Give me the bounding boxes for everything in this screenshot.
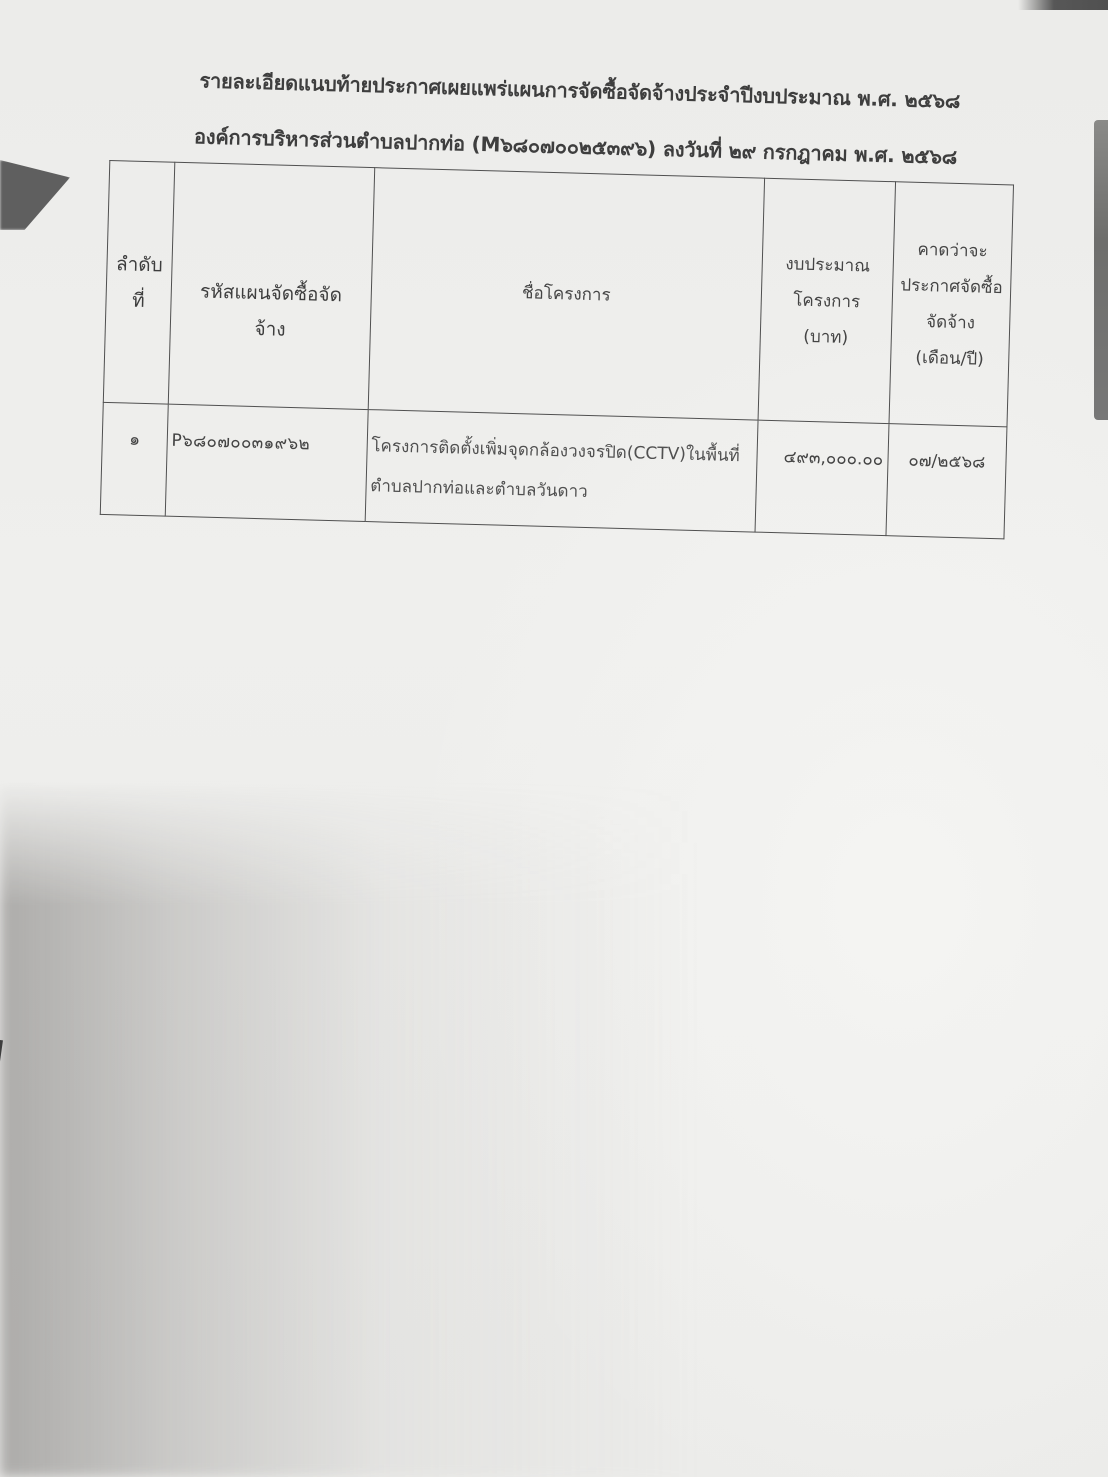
- header-sequence-number: ลำดับ ที่: [103, 160, 174, 404]
- procurement-plan-attachment: รายละเอียดแนบท้ายประกาศเผยแพร่แผนการจัดซ…: [100, 62, 1022, 539]
- photo-shadow: [0, 780, 700, 1477]
- cell-plan-code: P๖๘๐๗๐๐๓๑๙๖๒: [165, 404, 368, 521]
- table-row: ๑ P๖๘๐๗๐๐๓๑๙๖๒ โครงการติดตั้งเพิ่มจุดกล้…: [100, 402, 1007, 538]
- header-budget: งบประมาณ โครงการ (บาท): [758, 178, 895, 423]
- header-plan-code: รหัสแผนจัดซื้อจัด จ้าง: [168, 162, 374, 409]
- procurement-plan-table: ลำดับ ที่ รหัสแผนจัดซื้อจัด จ้าง ชื่อโคร…: [100, 160, 1014, 539]
- cell-sequence-number: ๑: [100, 402, 168, 516]
- cell-expected-month: ๐๗/๒๕๖๘: [886, 424, 1007, 539]
- header-project-name: ชื่อโครงการ: [368, 168, 765, 420]
- header-expected-announcement: คาดว่าจะ ประกาศจัดซื้อ จัดจ้าง (เดือน/ปี…: [889, 182, 1014, 427]
- background-object-edge: [1094, 120, 1108, 420]
- cell-budget: ๔๙๓,๐๐๐.๐๐: [755, 420, 889, 535]
- cell-project-name: โครงการติดตั้งเพิ่มจุดกล้องวงจรปิด(CCTV)…: [365, 410, 758, 533]
- background-object-top: [1018, 0, 1108, 10]
- table-header-row: ลำดับ ที่ รหัสแผนจัดซื้อจัด จ้าง ชื่อโคร…: [103, 160, 1013, 426]
